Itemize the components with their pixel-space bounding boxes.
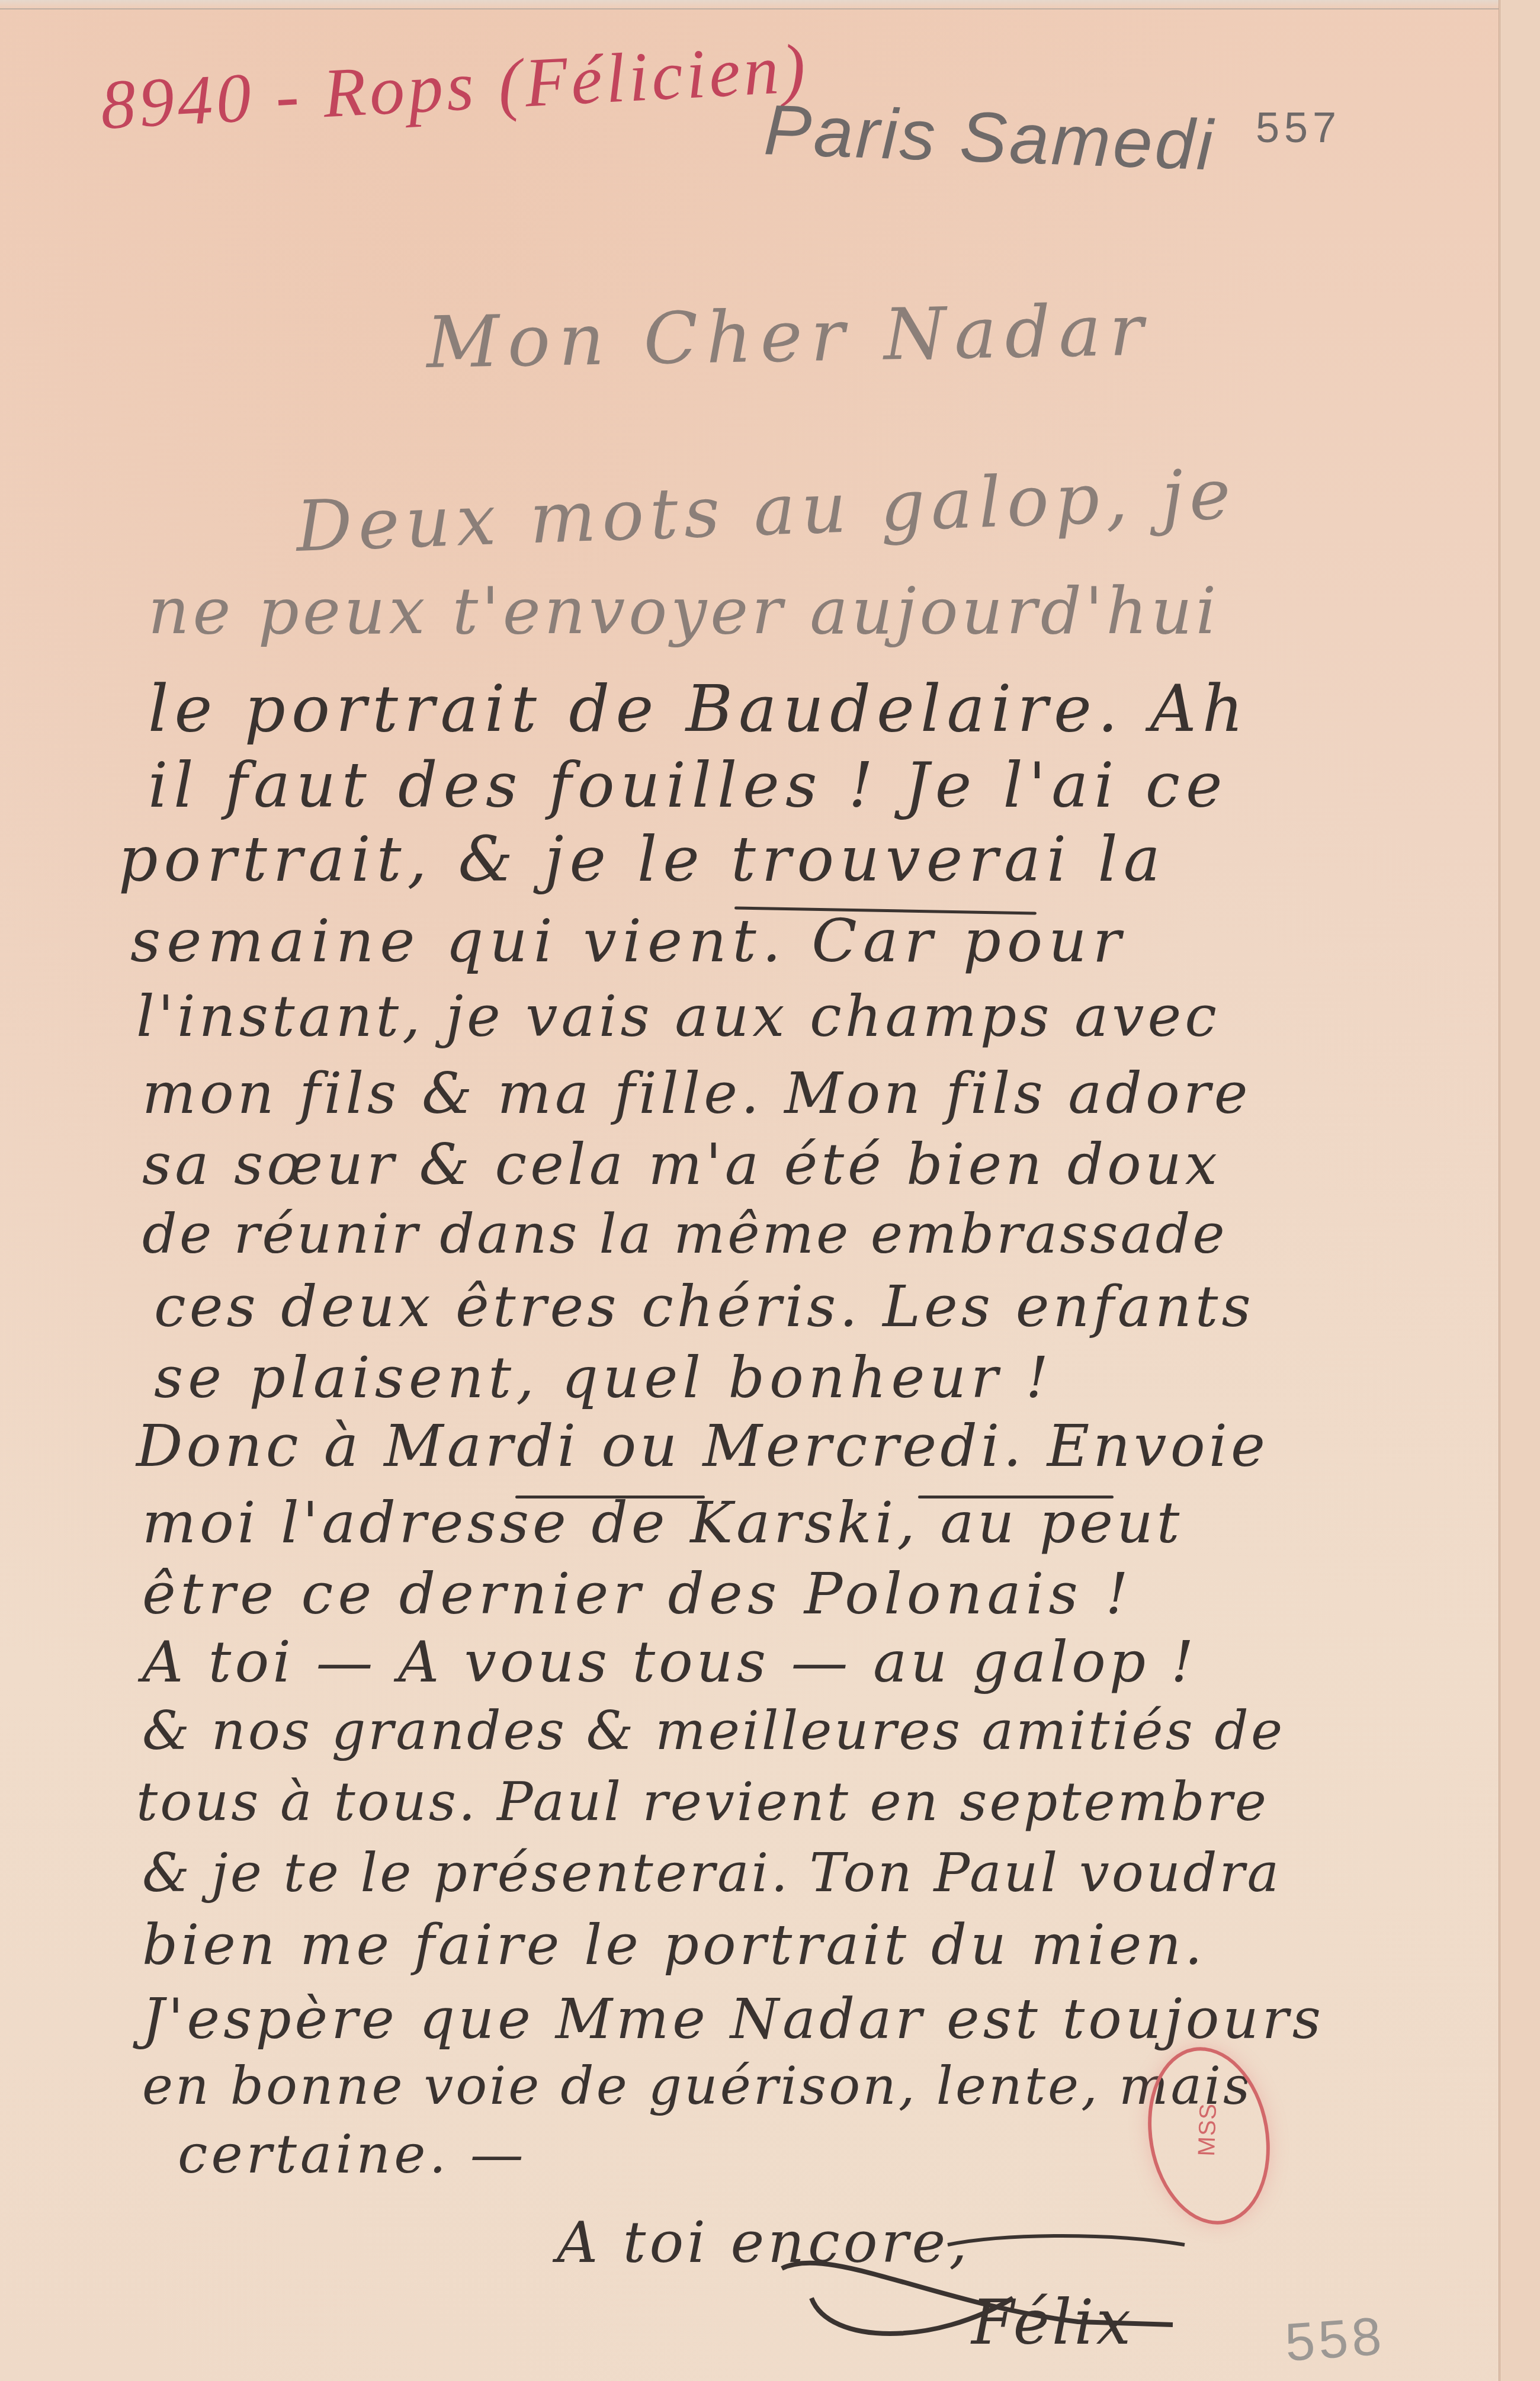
body-line: moi l'adresse de Karski, au peut [142,1490,1183,1556]
body-line: de réunir dans la même embrassade [142,1202,1227,1266]
body-line: A toi — A vous tous — au galop ! [142,1629,1197,1695]
body-line: & nos grandes & meilleures amitiés de [142,1700,1285,1762]
body-line: il faut des fouilles ! Je l'ai ce [148,749,1228,822]
signature-flourish-icon [758,2209,1279,2340]
body-line: sa sœur & cela m'a été bien doux [142,1131,1221,1198]
folio-number-top: 557 [1256,104,1341,152]
body-line: ces deux êtres chéris. Les enfants [154,1273,1255,1340]
body-line: Donc à Mardi ou Mercredi. Envoie [136,1413,1269,1480]
body-line: semaine qui vient. Car pour [130,906,1127,975]
body-line: bien me faire le portrait du mien. [142,1913,1206,1978]
folio-number-bottom: 558 [1283,2306,1387,2373]
salutation: Mon Cher Nadar [426,290,1153,384]
body-line: être ce dernier des Polonais ! [142,1561,1133,1627]
stamp-center-text: MSS [1192,2073,1223,2186]
body-line: & je te le présenterai. Ton Paul voudra [142,1842,1281,1904]
body-line: ne peux t'envoyer aujourd'hui [148,575,1220,649]
body-line: en bonne voie de guérison, lente, mais [142,2055,1252,2116]
paper-right-margin [1499,0,1540,2381]
body-line: se plaisent, quel bonheur ! [154,1344,1053,1411]
body-line: le portrait de Baudelaire. Ah [148,672,1249,746]
body-line: tous à tous. Paul revient en septembre [136,1771,1269,1833]
body-line: l'instant, je vais aux champs avec [136,983,1220,1050]
place-date: Paris Samedi [763,89,1217,186]
body-line: J'espère que Mme Nadar est toujours [142,1987,1324,2052]
body-line: mon fils & ma fille. Mon fils adore [142,1060,1251,1127]
body-line: portrait, & je le trouverai la [118,823,1166,896]
paper-top-edge [0,0,1499,9]
body-line: certaine. — [178,2123,527,2186]
